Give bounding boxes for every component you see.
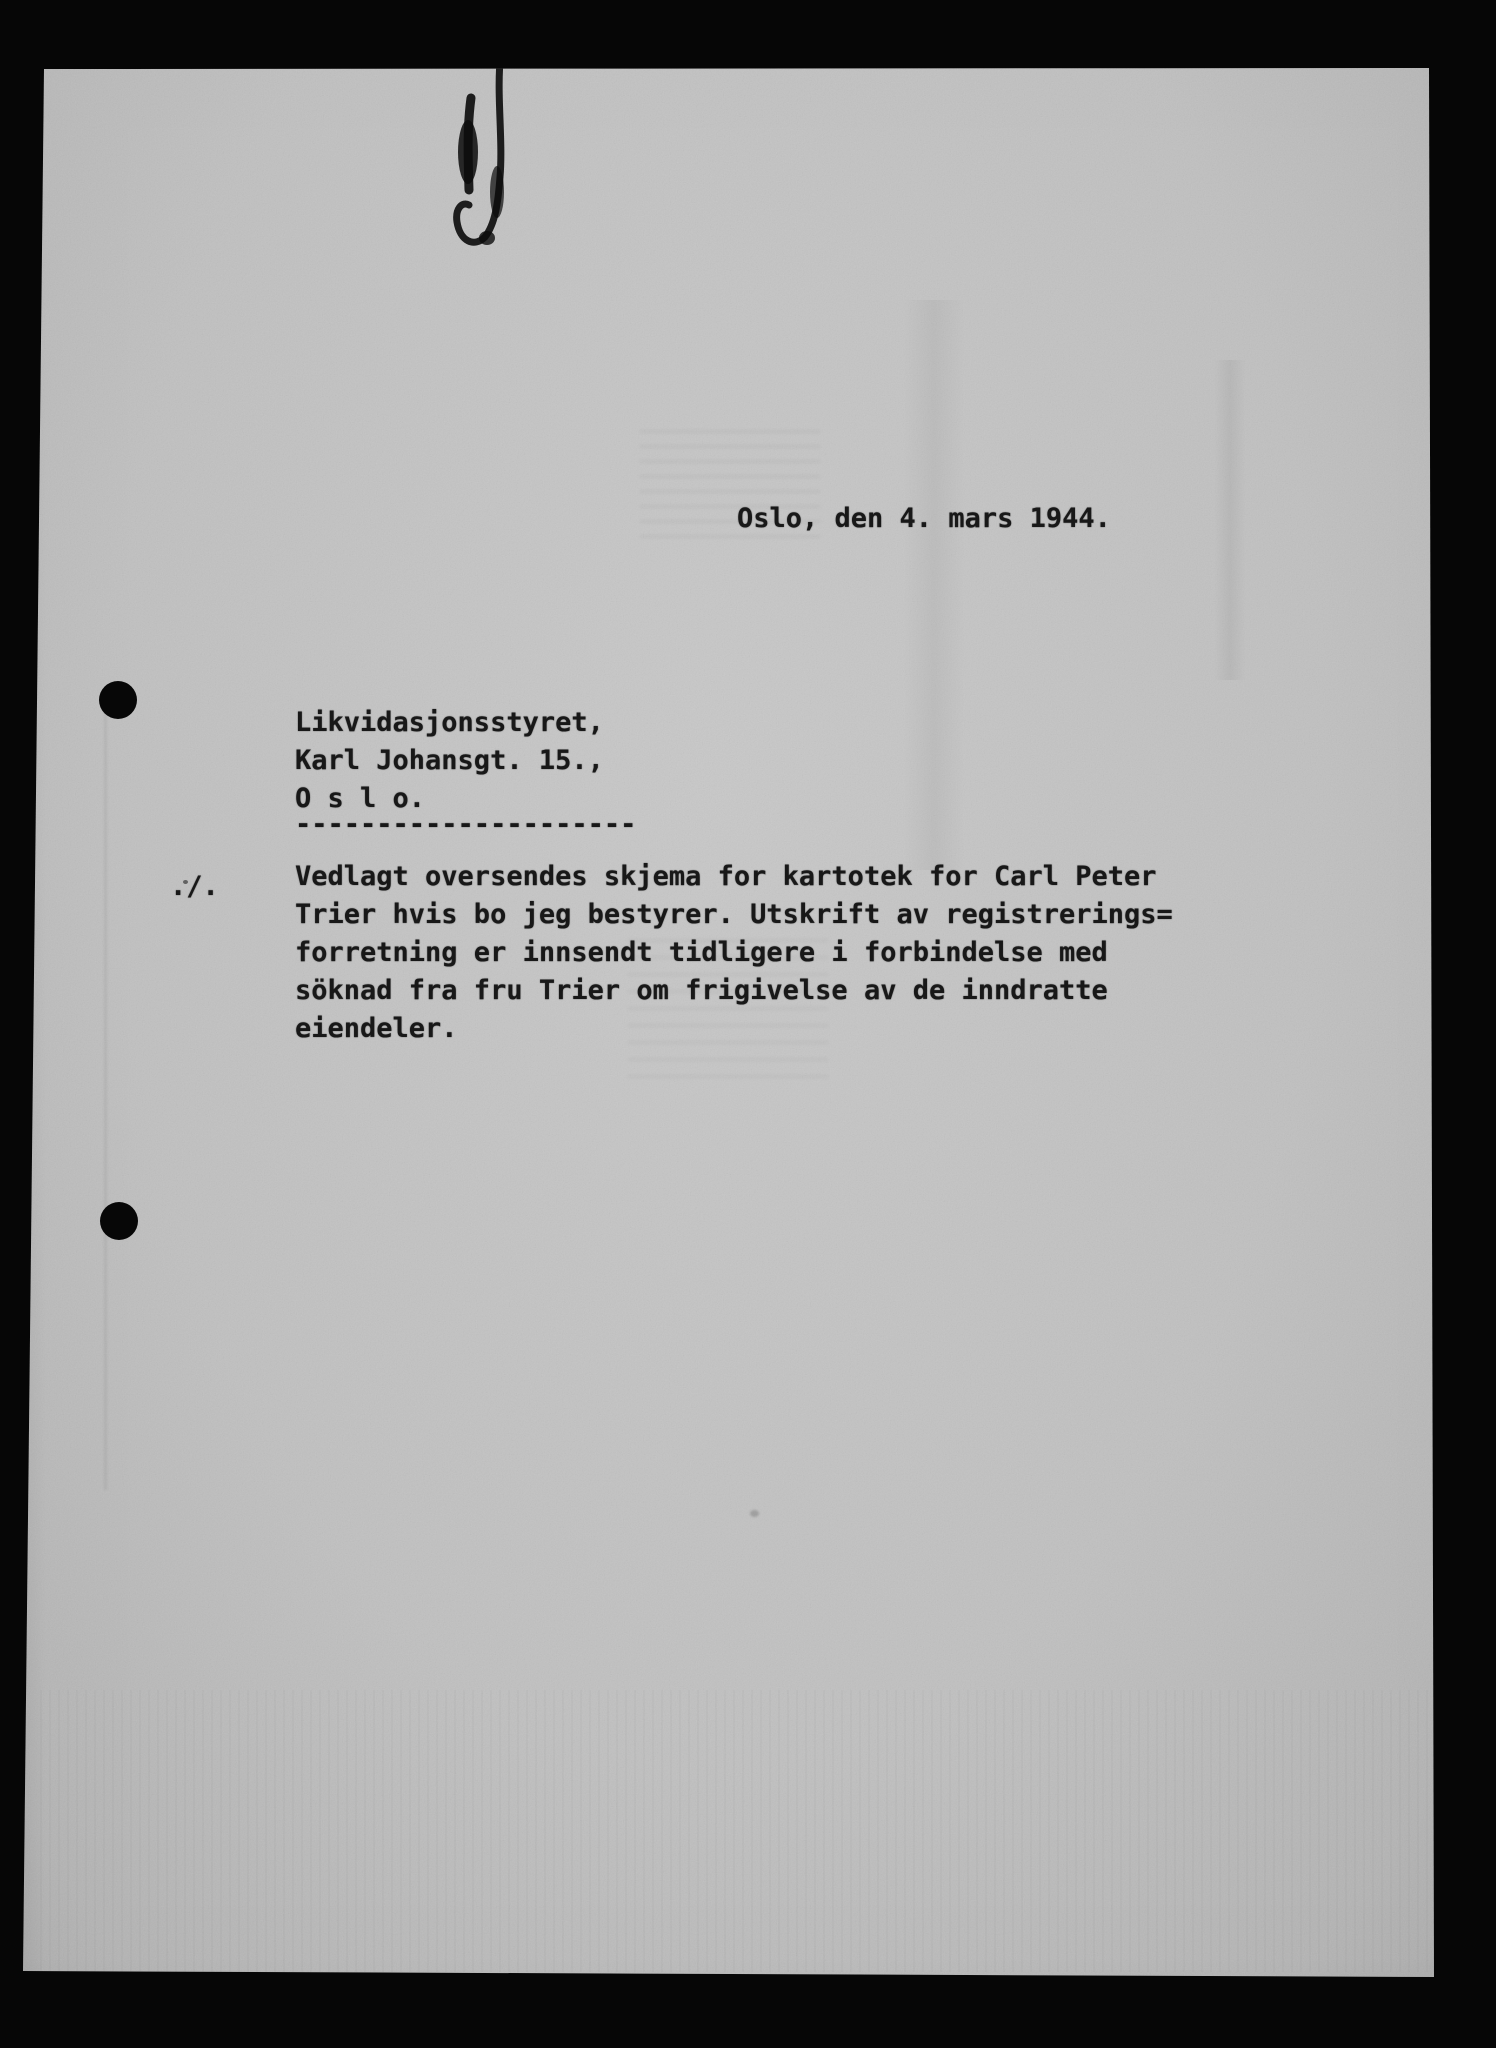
date-line: Oslo, den 4. mars 1944.	[737, 500, 1111, 538]
scanner-streak-column	[903, 300, 965, 870]
body-line: söknad fra fru Trier om frigivelse av de…	[295, 972, 1108, 1010]
scan-canvas: { "document": { "date_line": "Oslo, den …	[0, 0, 1496, 2048]
vertical-crease	[104, 690, 107, 1490]
enclosure-mark: ./.	[170, 868, 219, 906]
recipient-underline: ---------------------	[295, 806, 636, 844]
body-line: Trier hvis bo jeg bestyrer. Utskrift av …	[295, 896, 1173, 934]
punch-hole-top	[99, 681, 137, 719]
paper-fiber-streaks	[40, 1690, 1432, 1972]
body-line: eiendeler.	[295, 1010, 458, 1048]
punch-hole-bottom	[100, 1202, 138, 1240]
letter-page: Oslo, den 4. mars 1944. Likvidasjonsstyr…	[0, 0, 1496, 2048]
paperclip-stain-icon	[440, 52, 540, 282]
scanner-streak-right	[1214, 360, 1246, 680]
smudge-mark	[750, 1510, 759, 1517]
recipient-name: Likvidasjonsstyret,	[295, 704, 604, 742]
body-line: Vedlagt oversendes skjema for kartotek f…	[295, 858, 1157, 896]
recipient-street: Karl Johansgt. 15.,	[295, 742, 604, 780]
body-line: forretning er innsendt tidligere i forbi…	[295, 934, 1108, 972]
ink-speck	[183, 880, 188, 884]
